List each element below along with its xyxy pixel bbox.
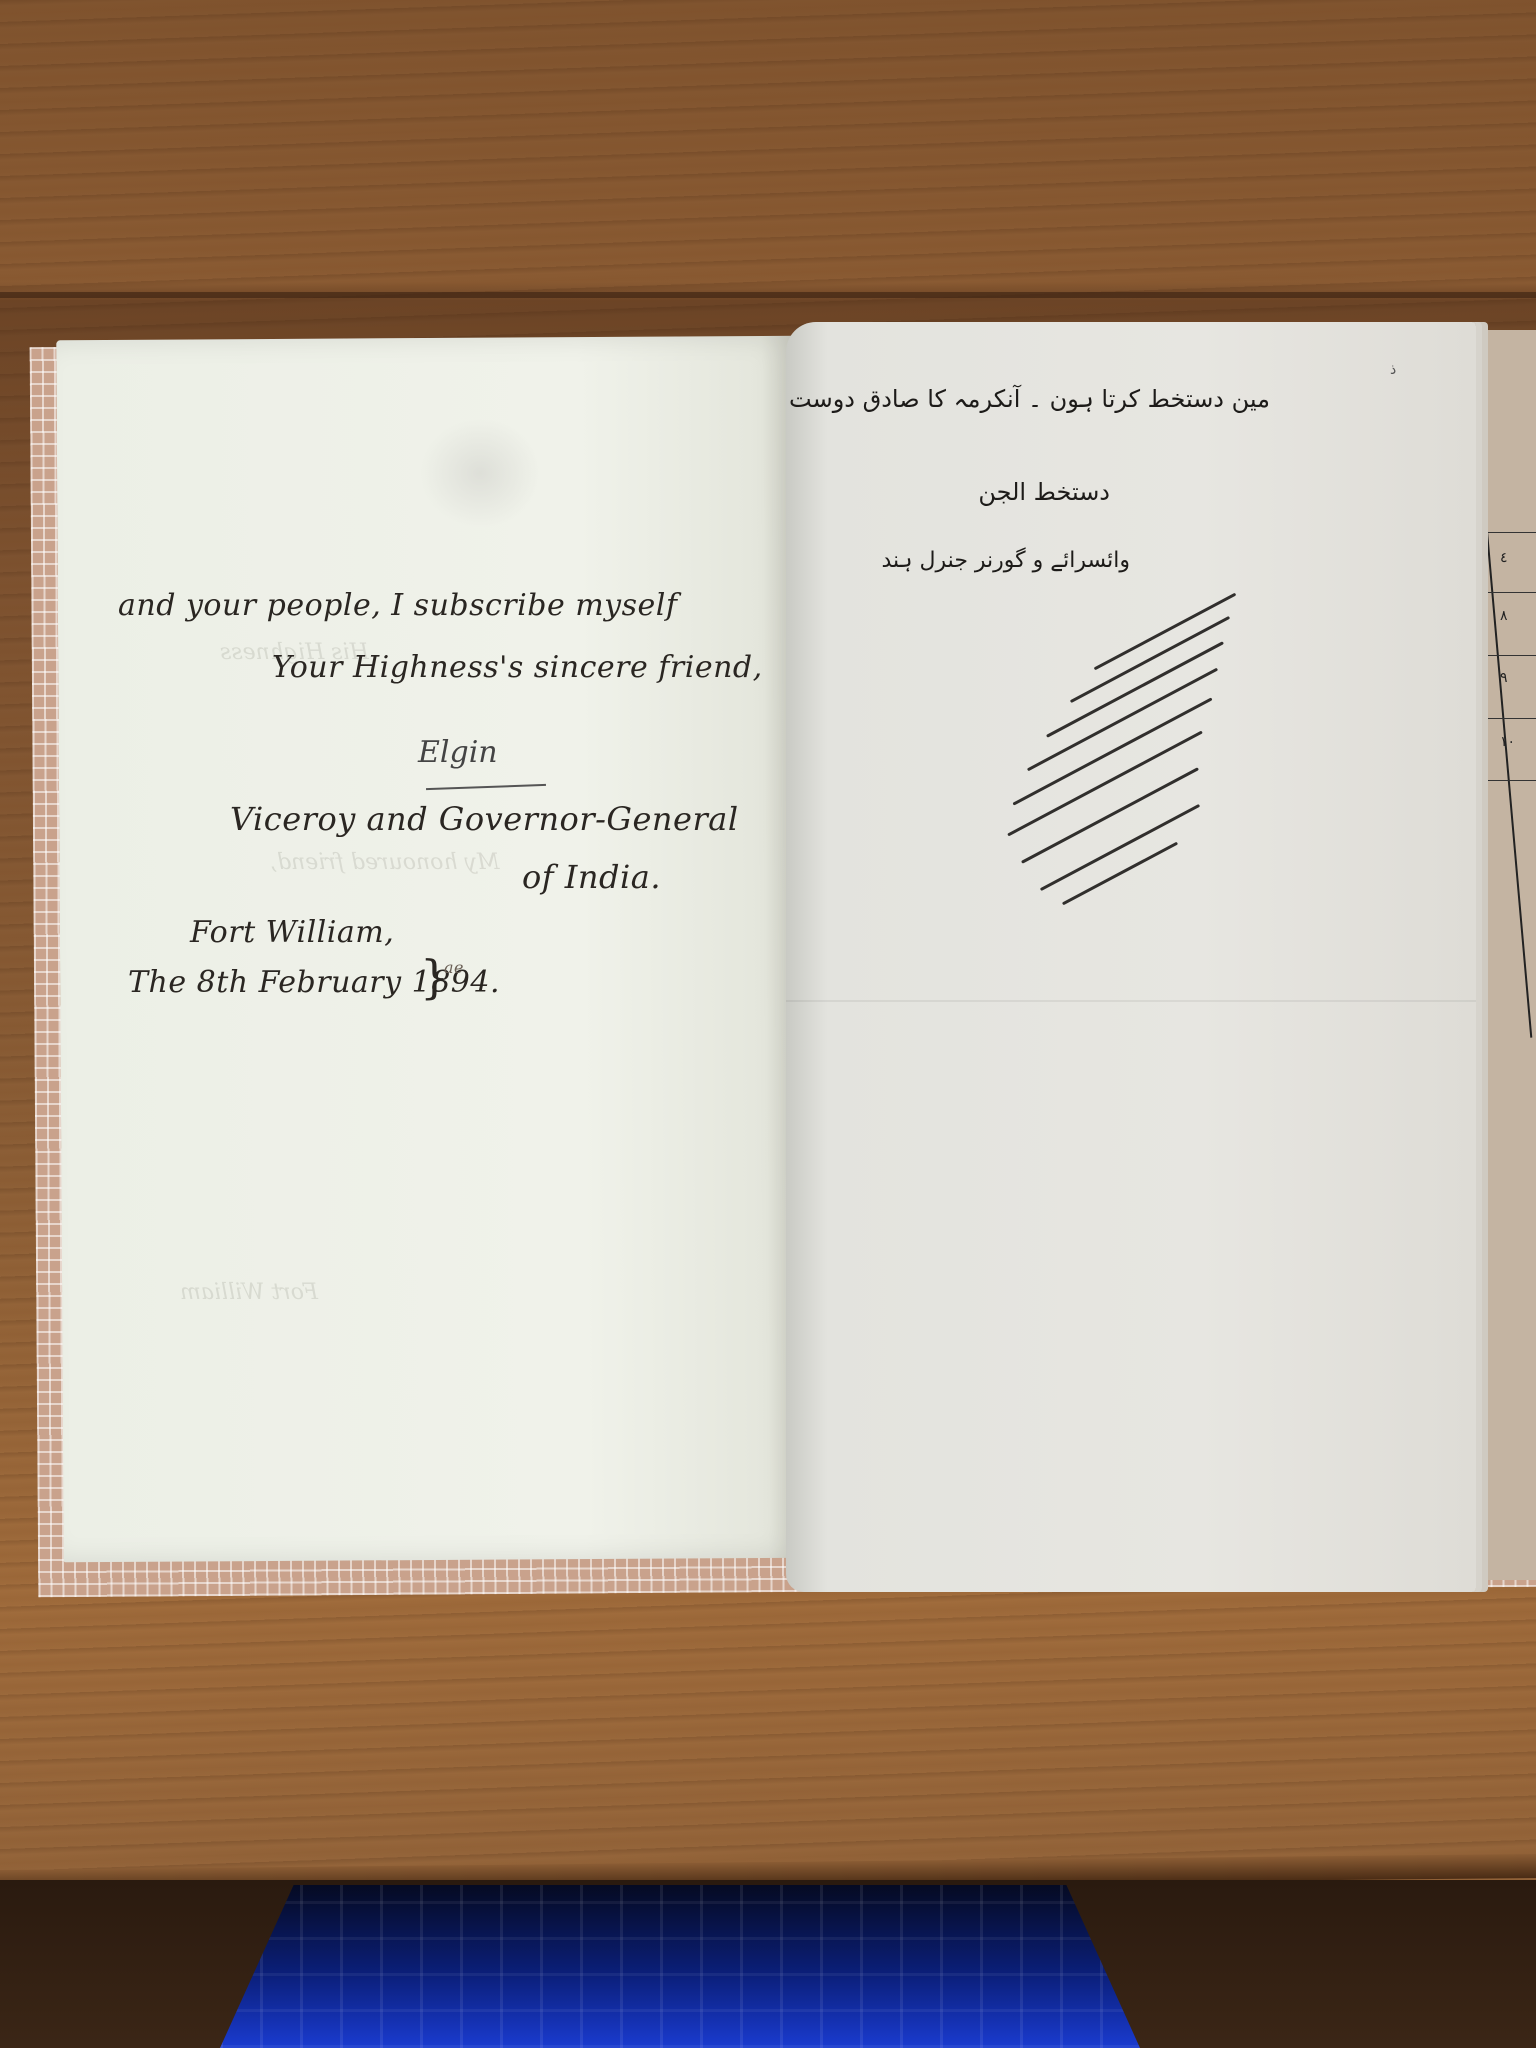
insert-row-divider [1478, 592, 1536, 593]
page-fold [786, 1000, 1476, 1002]
page-mark: ذ [1390, 362, 1396, 378]
date-initials: ae [444, 958, 464, 977]
insert-row-divider [1478, 718, 1536, 719]
insert-row-number: ٨ [1500, 608, 1508, 624]
bleed-through-text: My honoured friend, [270, 850, 500, 875]
urdu-title-line: وائسرائے و گورنر جنرل ہند [960, 548, 1130, 573]
insert-row-divider [1478, 780, 1536, 781]
insert-page [1470, 330, 1536, 1580]
closing-line: and your people, I subscribe myself [118, 588, 677, 623]
right-page [786, 322, 1476, 1592]
urdu-header-line: مین دستخط کرتا ہون ۔ آنکرمہ کا صادق دوست [960, 385, 1270, 413]
insert-row-divider [1478, 655, 1536, 656]
sincere-friend-line: Your Highness's sincere friend, [272, 650, 763, 685]
insert-row-divider [1478, 532, 1536, 533]
blue-plaid-cloth [220, 1885, 1140, 2048]
embossed-crest-icon [420, 418, 540, 528]
bleed-through-text: Fort William [180, 1280, 318, 1305]
viceroy-signature: Elgin [418, 735, 498, 785]
of-india-line: of India. [522, 858, 661, 896]
place-line: Fort William, [190, 915, 394, 950]
insert-row-number: ١٠ [1500, 734, 1515, 750]
left-page [56, 336, 805, 1563]
urdu-signature-line: دستخط الجن [990, 478, 1110, 506]
table-seam [0, 292, 1536, 298]
insert-row-number: ٩ [1500, 670, 1508, 686]
viceroy-title: Viceroy and Governor-General [230, 800, 739, 838]
insert-row-number: ٤ [1500, 550, 1508, 566]
urdu-slanted-inscription [975, 610, 1275, 910]
